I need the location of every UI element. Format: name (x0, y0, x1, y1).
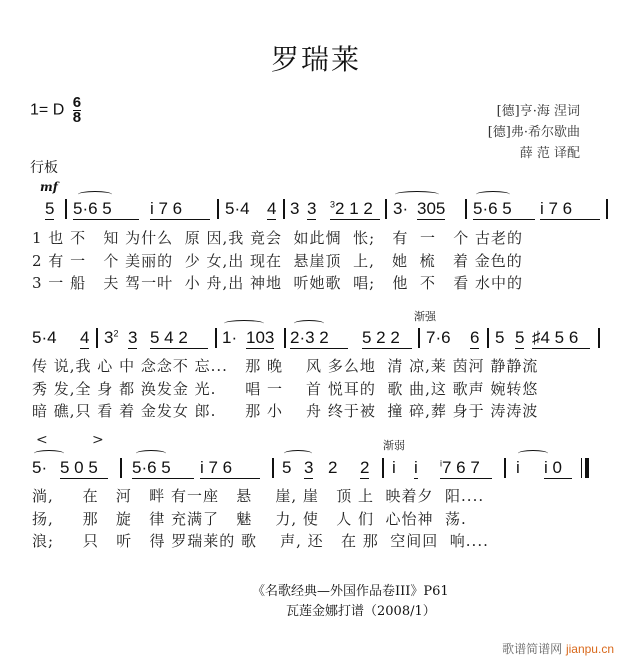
lyric-verse-2: 秀 发,全 身 都 涣发金 光. 唱 一 首 悦耳的 歌 曲,这 歌声 婉转悠 (32, 378, 538, 399)
key-label: 1= D (30, 102, 64, 119)
tempo-marking: 行板 (30, 157, 58, 177)
lyric-verse-2: 扬, 那 旋 律 充满了 魅 力, 使 人 们 心怡神 荡. (32, 508, 467, 529)
decrescendo-hairpin-icon: > (92, 432, 104, 448)
watermark: 歌谱简谱网 jianpu.cn (502, 640, 614, 657)
lyricist-credit: [德]亨·海 涅词 (497, 100, 580, 119)
dynamic-marking: mf (40, 180, 58, 194)
crescendo-hairpin-icon: < (36, 432, 48, 448)
lyric-verse-2: 2 有 一 个 美丽的 少 女,出 现在 悬崖顶 上, 她 梳 着 金色的 (32, 250, 523, 271)
song-title: 罗瑞莱 (0, 38, 632, 78)
time-signature: 6 8 (73, 96, 81, 125)
lyric-verse-1: 1 也 不 知 为什么 原 因,我 竟会 如此惆 怅; 有 一 个 古老的 (32, 227, 523, 248)
lyric-verse-3: 浪; 只 听 得 罗瑞莱的 歌 声, 还 在 那 空间回 响.... (32, 530, 489, 551)
key-signature: 1= D 6 8 (30, 96, 81, 125)
diminuendo-marking: 渐弱 (383, 437, 405, 453)
typeset-credit: 瓦莲金娜打谱（2008/1） (286, 600, 436, 619)
watermark-text: 歌谱简谱网 (502, 642, 562, 656)
translator-credit: 薛 范 译配 (520, 142, 580, 161)
lyric-verse-1: 淌, 在 河 畔 有一座 悬 崖, 崖 顶 上 映着夕 阳.... (32, 485, 484, 506)
watermark-site: jianpu.cn (566, 642, 614, 656)
source-reference: 《名歌经典—外国作品卷III》P61 (252, 580, 449, 599)
lyric-verse-1: 传 说,我 心 中 念念不 忘... 那 晚 风 多么地 清 凉,莱 茵河 静静… (32, 355, 538, 376)
lyric-verse-3: 暗 礁,只 看 着 金发女 郎. 那 小 舟 终于被 撞 碎,葬 身于 涛涛波 (32, 400, 538, 421)
crescendo-marking: 渐强 (414, 308, 436, 324)
lyric-verse-3: 3 一 船 夫 驾一叶 小 舟,出 神地 听她歌 唱; 他 不 看 水中的 (32, 272, 523, 293)
composer-credit: [德]弗·希尔歇曲 (488, 121, 580, 140)
